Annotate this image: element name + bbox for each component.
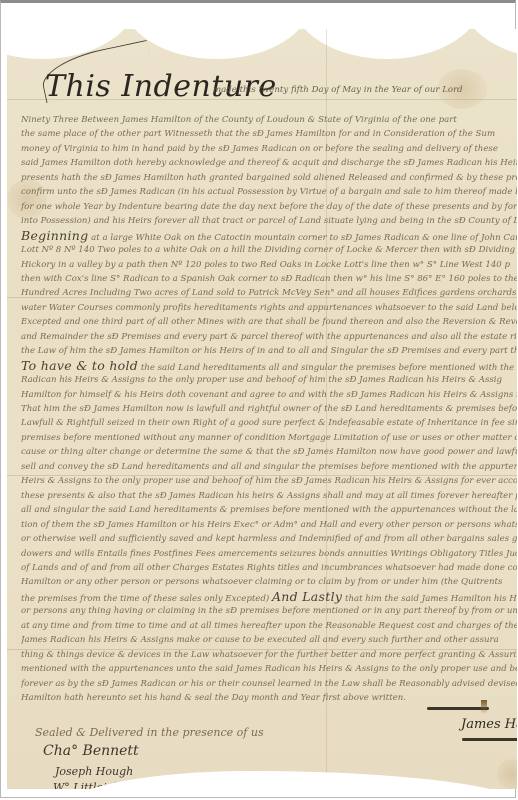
document-line: or persons any thing having or claiming … — [21, 604, 517, 618]
line-text: water Water Courses commonly profits her… — [21, 303, 517, 313]
document-line: tion of them the sÐ James Hamilton or hi… — [21, 518, 517, 532]
grantor-signature: James Ha — [461, 717, 517, 732]
document-line: Hickory in a valley by a path then Nº 12… — [21, 258, 517, 272]
document-line: the Law of him the sÐ James Hamilton or … — [21, 344, 517, 358]
line-text: and Remainder the sÐ Premises and every … — [21, 332, 517, 342]
line-text: the premises from the time of these sale… — [21, 594, 269, 604]
line-text: tion of them the sÐ James Hamilton or hi… — [21, 520, 517, 530]
line-text: at any time and from time to time and at… — [21, 621, 517, 631]
document-line: confirm unto the sÐ James Radican (in hi… — [21, 185, 517, 199]
line-text: Excepted and one third part of all other… — [21, 317, 517, 327]
line-text: Hamilton hath hereunto set his hand & se… — [21, 693, 406, 703]
document-line: cause or thing alter change or determine… — [21, 445, 517, 459]
document-line: Excepted and one third part of all other… — [21, 315, 517, 329]
document-line: money of Virginia to him in hand paid by… — [21, 142, 517, 156]
document-line: at any time and from time to time and at… — [21, 619, 517, 633]
document-line: and Remainder the sÐ Premises and every … — [21, 330, 517, 344]
document-line: thing & things device & devices in the L… — [21, 648, 517, 662]
attestation-clause: Sealed & Delivered in the presence of us — [35, 726, 264, 739]
document-line: presents hath the sÐ James Hamilton hath… — [21, 171, 517, 185]
document-line: James Radican his Heirs & Assigns make o… — [21, 633, 517, 647]
signature-dash — [427, 707, 489, 710]
line-text: into Possession) and his Heirs forever a… — [21, 216, 517, 226]
document-line: mentioned with the appurtenances unto th… — [21, 662, 517, 676]
line-text: cause or thing alter change or determine… — [21, 447, 517, 457]
line-text: money of Virginia to him in hand paid by… — [21, 144, 498, 154]
emphasized-heading: And Lastly — [272, 590, 342, 604]
line-text: Hundred Acres Including Two acres of Lan… — [21, 288, 517, 298]
line-text: that him the said James Hamilton his Hei… — [345, 594, 517, 604]
document-line: these presents & also that the sÐ James … — [21, 489, 517, 503]
document-line: Hamilton for himself & his Heirs doth co… — [21, 388, 517, 402]
document-frame: This Indenture made this twenty fifth Da… — [0, 0, 516, 798]
line-text: confirm unto the sÐ James Radican (in hi… — [21, 187, 517, 197]
document-line: water Water Courses commonly profits her… — [21, 301, 517, 315]
document-line: for one whole Year by Indenture bearing … — [21, 200, 517, 214]
document-line: Heirs & Assigns to the only proper use a… — [21, 474, 517, 488]
document-line: Hamilton hath hereunto set his hand & se… — [21, 691, 517, 705]
document-line: sell and convey the sÐ Land hereditament… — [21, 460, 517, 474]
line-text: or persons any thing having or claiming … — [21, 606, 517, 616]
line-text: then with Cox's line S° Radican to a Spa… — [21, 274, 517, 284]
line-text: Hamilton or any other person or persons … — [21, 577, 502, 587]
document-line: Hundred Acres Including Two acres of Lan… — [21, 286, 517, 300]
document-line: That him the sÐ James Hamilton now is la… — [21, 402, 517, 416]
line-text: the said Land hereditaments all and sing… — [141, 363, 517, 373]
line-text: Heirs & Assigns to the only proper use a… — [21, 476, 517, 486]
line-text: of Lands and of and from all other Charg… — [21, 563, 517, 573]
document-line: Hamilton or any other person or persons … — [21, 575, 517, 589]
line-text: these presents & also that the sÐ James … — [21, 491, 517, 501]
document-line: forever as by the sÐ James Radican or hi… — [21, 677, 517, 691]
line-text: all and singular the said Land hereditam… — [21, 505, 517, 515]
line-text: for one whole Year by Indenture bearing … — [21, 202, 517, 212]
witness-signature: Cha° Bennett — [43, 743, 139, 759]
document-line: into Possession) and his Heirs forever a… — [21, 214, 517, 228]
line-text: the same place of the other part Witness… — [21, 129, 495, 139]
scalloped-edge — [292, 29, 482, 59]
document-line: Ninety Three Between James Hamilton of t… — [21, 113, 517, 127]
line-text: Lawfull & Rightfull seized in their own … — [21, 418, 517, 428]
line-text: said James Hamilton doth hereby acknowle… — [21, 158, 517, 168]
line-text: Ninety Three Between James Hamilton of t… — [21, 115, 457, 125]
document-line: or otherwise well and sufficiently saved… — [21, 532, 517, 546]
parchment-page: This Indenture made this twenty fifth Da… — [7, 29, 517, 789]
scalloped-edge — [462, 29, 517, 59]
stain — [497, 759, 517, 789]
seal-mark — [481, 700, 487, 714]
opening-line: made this twenty fifth Day of May in the… — [213, 85, 517, 95]
line-text: premises before mentioned without any ma… — [21, 433, 517, 443]
document-line: of Lands and of and from all other Charg… — [21, 561, 517, 575]
line-text: Lott Nº 8 Nº 140 Two poles to a white Oa… — [21, 245, 517, 255]
line-text: mentioned with the appurtenances unto th… — [21, 664, 517, 674]
document-line: dowers and wills Entails fines Postfines… — [21, 547, 517, 561]
torn-edge — [67, 771, 517, 789]
line-text: James Radican his Heirs & Assigns make o… — [21, 635, 499, 645]
line-text: presents hath the sÐ James Hamilton hath… — [21, 173, 517, 183]
line-text: Hamilton for himself & his Heirs doth co… — [21, 390, 517, 400]
line-text: forever as by the sÐ James Radican or hi… — [21, 679, 517, 689]
document-line: premises before mentioned without any ma… — [21, 431, 517, 445]
witness-signature: Joseph Hough — [55, 765, 133, 778]
line-text: dowers and wills Entails fines Postfines… — [21, 549, 517, 559]
line-text: Hickory in a valley by a path then Nº 12… — [21, 260, 510, 270]
signature-underline — [462, 738, 517, 741]
line-text: at a large White Oak on the Catoctin mou… — [91, 233, 517, 243]
document-line: the same place of the other part Witness… — [21, 127, 517, 141]
line-text: or otherwise well and sufficiently saved… — [21, 534, 517, 544]
document-line: then with Cox's line S° Radican to a Spa… — [21, 272, 517, 286]
emphasized-heading: Beginning — [21, 229, 88, 243]
scalloped-edge — [122, 29, 312, 59]
document-line: Lott Nº 8 Nº 140 Two poles to a white Oa… — [21, 243, 517, 257]
line-text: sell and convey the sÐ Land hereditament… — [21, 462, 517, 472]
document-line: said James Hamilton doth hereby acknowle… — [21, 156, 517, 170]
line-text: Radican his Heirs & Assigns to the only … — [21, 375, 502, 385]
line-text: thing & things device & devices in the L… — [21, 650, 517, 660]
emphasized-heading: To have & to hold — [21, 359, 138, 373]
line-text: the Law of him the sÐ James Hamilton or … — [21, 346, 517, 356]
document-line: Lawfull & Rightfull seized in their own … — [21, 416, 517, 430]
document-line: Radican his Heirs & Assigns to the only … — [21, 373, 517, 387]
line-text: That him the sÐ James Hamilton now is la… — [21, 404, 517, 414]
document-line: all and singular the said Land hereditam… — [21, 503, 517, 517]
